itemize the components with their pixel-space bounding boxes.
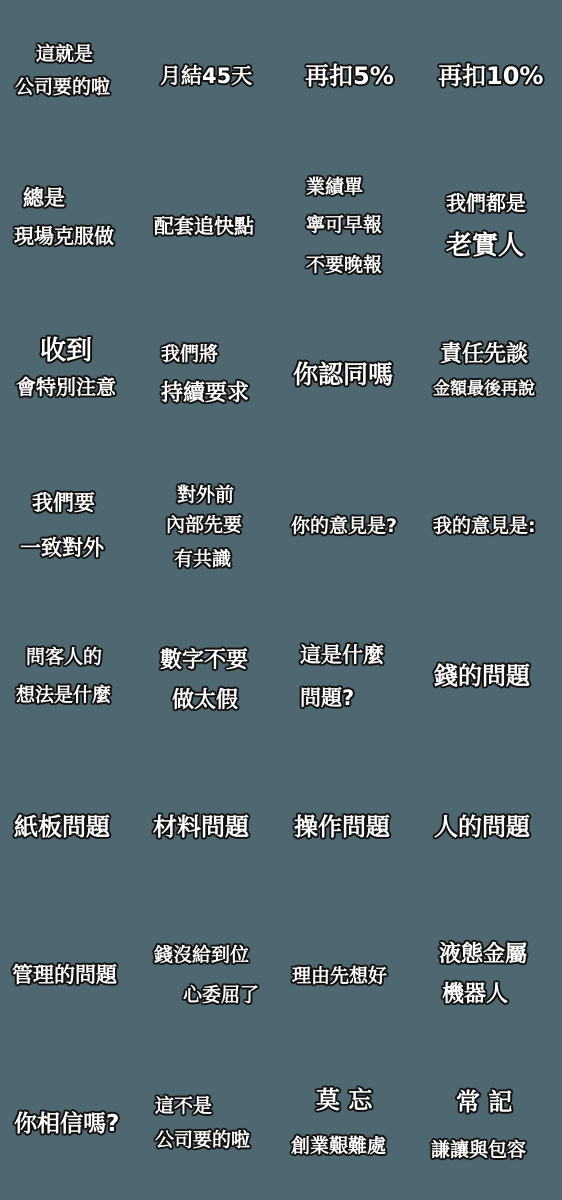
sticker-17[interactable]: 問客人的想法是什麼 — [0, 600, 140, 750]
sticker-text-line: 業績單 — [306, 178, 363, 197]
sticker-14[interactable]: 對外前內部先要有共識 — [141, 450, 281, 600]
sticker-2[interactable]: 月結45天 — [141, 0, 281, 150]
sticker-text-line: 做太假 — [172, 690, 238, 712]
sticker-text-line: 對外前 — [177, 486, 234, 505]
sticker-text-line: 不要晚報 — [306, 256, 382, 275]
sticker-31[interactable]: 莫 忘創業艱難處 — [281, 1050, 421, 1200]
sticker-text-line: 機器人 — [442, 984, 508, 1006]
sticker-text-line: 我們都是 — [446, 193, 526, 213]
sticker-text-line: 常 記 — [456, 1090, 512, 1114]
sticker-text-line: 錢的問題 — [434, 664, 530, 688]
sticker-26[interactable]: 錢沒給到位心委屈了 — [141, 900, 281, 1050]
sticker-21[interactable]: 紙板問題 — [0, 750, 140, 900]
sticker-text-line: 材料問題 — [153, 815, 249, 839]
sticker-13[interactable]: 我們要一致對外 — [0, 450, 140, 600]
sticker-20[interactable]: 錢的問題 — [422, 600, 562, 750]
sticker-text-line: 寧可早報 — [306, 216, 382, 235]
sticker-text-line: 月結45天 — [160, 66, 252, 87]
sticker-text-line: 我們要 — [32, 493, 95, 514]
sticker-text-line: 謙讓與包容 — [431, 1141, 526, 1160]
sticker-text-line: 心委屈了 — [183, 986, 259, 1005]
sticker-text-line: 內部先要 — [166, 516, 242, 535]
sticker-text-line: 我的意見是: — [433, 517, 536, 536]
sticker-grid: 這就是公司要的啦月結45天再扣5%再扣10%總是現場克服做配套追快點業績單寧可早… — [0, 0, 562, 1200]
sticker-text-line: 想法是什麼 — [16, 686, 111, 705]
sticker-28[interactable]: 液態金屬機器人 — [422, 900, 562, 1050]
sticker-text-line: 再扣5% — [305, 64, 394, 88]
sticker-11[interactable]: 你認同嗎 — [281, 300, 421, 450]
sticker-22[interactable]: 材料問題 — [141, 750, 281, 900]
sticker-text-line: 有共識 — [174, 550, 231, 569]
sticker-7[interactable]: 業績單寧可早報不要晚報 — [281, 150, 421, 300]
sticker-text-line: 數字不要 — [160, 650, 248, 672]
sticker-24[interactable]: 人的問題 — [422, 750, 562, 900]
sticker-3[interactable]: 再扣5% — [281, 0, 421, 150]
sticker-text-line: 收到 — [40, 338, 92, 364]
sticker-16[interactable]: 我的意見是: — [422, 450, 562, 600]
sticker-30[interactable]: 這不是公司要的啦 — [141, 1050, 281, 1200]
sticker-19[interactable]: 這是什麼問題? — [281, 600, 421, 750]
sticker-15[interactable]: 你的意見是? — [281, 450, 421, 600]
sticker-5[interactable]: 總是現場克服做 — [0, 150, 140, 300]
sticker-text-line: 總是 — [23, 188, 65, 209]
sticker-text-line: 管理的問題 — [12, 965, 117, 986]
sticker-32[interactable]: 常 記謙讓與包容 — [422, 1050, 562, 1200]
sticker-text-line: 公司要的啦 — [15, 78, 110, 97]
sticker-9[interactable]: 收到會特別注意 — [0, 300, 140, 450]
sticker-text-line: 公司要的啦 — [155, 1131, 250, 1150]
sticker-text-line: 創業艱難處 — [291, 1137, 386, 1156]
sticker-text-line: 我們將 — [161, 345, 218, 364]
sticker-text-line: 操作問題 — [294, 815, 390, 839]
sticker-text-line: 會特別注意 — [16, 377, 116, 397]
sticker-text-line: 這不是 — [155, 1097, 212, 1116]
sticker-text-line: 一致對外 — [20, 538, 104, 559]
sticker-text-line: 理由先想好 — [292, 967, 387, 986]
sticker-text-line: 問題? — [300, 688, 354, 709]
sticker-6[interactable]: 配套追快點 — [141, 150, 281, 300]
sticker-text-line: 問客人的 — [26, 648, 102, 667]
sticker-text-line: 再扣10% — [438, 64, 543, 88]
sticker-29[interactable]: 你相信嗎? — [0, 1050, 140, 1200]
sticker-text-line: 你認同嗎 — [293, 362, 393, 387]
sticker-23[interactable]: 操作問題 — [281, 750, 421, 900]
sticker-27[interactable]: 理由先想好 — [281, 900, 421, 1050]
sticker-text-line: 液態金屬 — [439, 944, 527, 966]
sticker-text-line: 紙板問題 — [14, 815, 110, 839]
sticker-1[interactable]: 這就是公司要的啦 — [0, 0, 140, 150]
sticker-text-line: 這是什麼 — [300, 645, 384, 666]
sticker-12[interactable]: 責任先談金額最後再說 — [422, 300, 562, 450]
sticker-text-line: 現場克服做 — [14, 226, 114, 246]
sticker-10[interactable]: 我們將持續要求 — [141, 300, 281, 450]
sticker-text-line: 金額最後再說 — [433, 381, 535, 398]
sticker-text-line: 莫 忘 — [316, 1088, 372, 1112]
sticker-25[interactable]: 管理的問題 — [0, 900, 140, 1050]
sticker-text-line: 配套追快點 — [154, 216, 254, 236]
sticker-text-line: 這就是 — [36, 45, 93, 64]
sticker-text-line: 你的意見是? — [291, 517, 397, 536]
sticker-18[interactable]: 數字不要做太假 — [141, 600, 281, 750]
sticker-8[interactable]: 我們都是老實人 — [422, 150, 562, 300]
sticker-text-line: 人的問題 — [434, 815, 530, 839]
sticker-text-line: 錢沒給到位 — [154, 946, 249, 965]
sticker-text-line: 老實人 — [446, 233, 524, 259]
sticker-text-line: 持續要求 — [161, 383, 249, 405]
sticker-4[interactable]: 再扣10% — [422, 0, 562, 150]
sticker-text-line: 責任先談 — [440, 344, 528, 366]
sticker-text-line: 你相信嗎? — [14, 1113, 119, 1136]
